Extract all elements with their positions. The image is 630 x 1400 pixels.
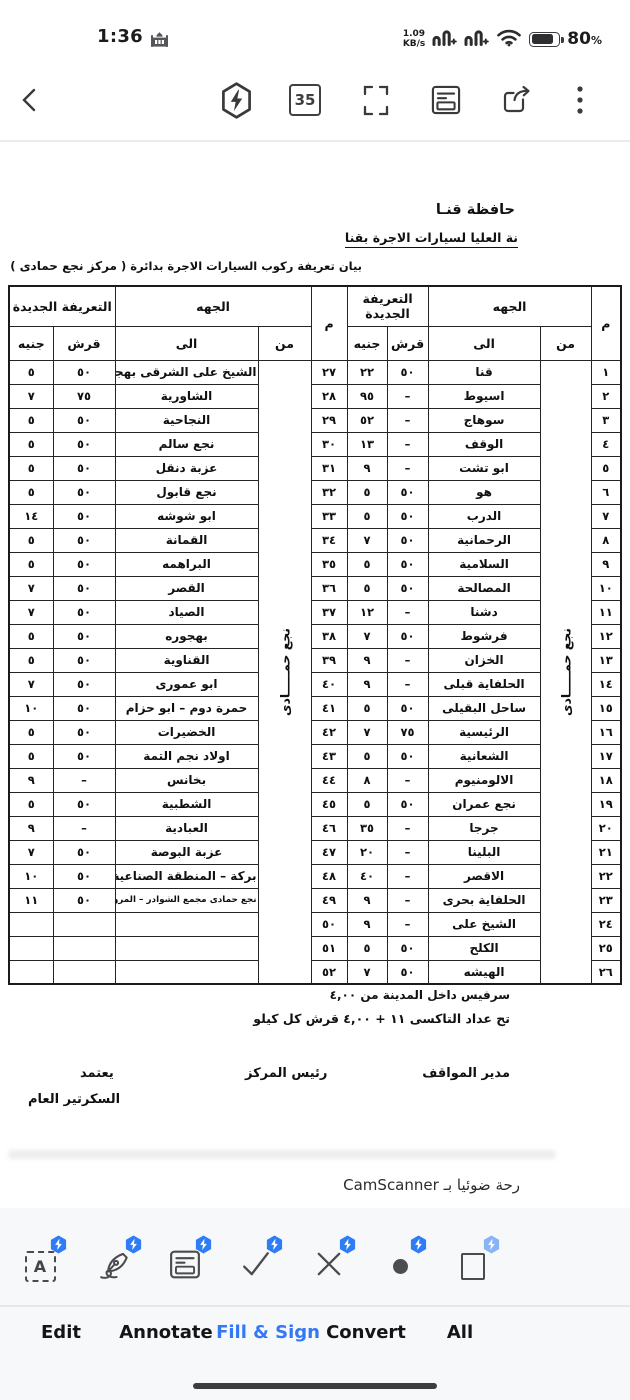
qirsh-cell: ٥٠: [387, 960, 428, 984]
destination-cell: بركة – المنطقة الصناعية: [115, 864, 258, 888]
table-row: ٤الوقف–١٣٣٠نجع سالم٥٠٥: [9, 432, 621, 456]
row-number-cell: ٤٧: [311, 840, 347, 864]
row-number-cell: ٥٢: [311, 960, 347, 984]
geneh-cell: [9, 912, 53, 936]
destination-cell: الحلفاية قبلى: [428, 672, 540, 696]
destination-cell: الشطبية: [115, 792, 258, 816]
checkmark-tool[interactable]: [238, 1248, 274, 1284]
signature-secretary-general: السكرتير العام: [28, 1092, 120, 1107]
row-number-cell: ٢٠: [591, 816, 621, 840]
row-number-cell: ١٣: [591, 648, 621, 672]
qirsh-cell: ٥٠: [53, 696, 115, 720]
premium-badge-icon: [194, 1235, 213, 1258]
geneh-cell: ١٠: [9, 864, 53, 888]
geneh-cell: ٨: [347, 768, 387, 792]
row-number-cell: ٣٦: [311, 576, 347, 600]
destination-cell: بخانس: [115, 768, 258, 792]
qirsh-cell: –: [387, 768, 428, 792]
geneh-cell: ٩: [9, 816, 53, 840]
table-row: ٢٦الهيشه٥٠٧٥٢: [9, 960, 621, 984]
destination-cell: سوهاج: [428, 408, 540, 432]
table-row: ٨الرحمانية٥٠٧٣٤القمانة٥٠٥: [9, 528, 621, 552]
geneh-cell: ٩: [347, 672, 387, 696]
col-header-new-tariff: التعريفة الجديدة: [347, 286, 428, 326]
col-header-to: الى: [428, 326, 540, 360]
row-number-cell: ٤٥: [311, 792, 347, 816]
destination-cell: قنا: [428, 360, 540, 384]
qirsh-cell: ٥٠: [387, 528, 428, 552]
destination-cell: الشاورية: [115, 384, 258, 408]
taxi-meter-note: تح عداد التاكسى ١١ + ٤,٠٠ قرش كل كيلو: [253, 1011, 510, 1026]
destination-cell: القصر: [115, 576, 258, 600]
cellular-signal-icon-sim1: [432, 29, 457, 50]
qirsh-cell: ٧٥: [387, 720, 428, 744]
table-row: ٩السلامية٥٠٥٣٥البراهمه٥٠٥: [9, 552, 621, 576]
fare-table: م الجهه التعريفة الجديدة م الجهه التعريف…: [8, 285, 622, 985]
from-merged-cell: نجع حمـــــادى: [258, 360, 311, 984]
geneh-cell: ٤٠: [347, 864, 387, 888]
wifi-icon: [496, 28, 522, 51]
qirsh-cell: –: [387, 864, 428, 888]
scanned-document-view[interactable]: حافظة قنـا نة العليا لسيارات الاجرة بقنا…: [0, 142, 630, 1208]
signature-parking-manager: مدير المواقف: [422, 1066, 510, 1081]
premium-badge-icon: [482, 1235, 501, 1258]
geneh-cell: ٣٥: [347, 816, 387, 840]
row-number-cell: ١٩: [591, 792, 621, 816]
col-header-geneh: جنيه: [347, 326, 387, 360]
geneh-cell: ٥: [347, 504, 387, 528]
tab-edit[interactable]: Edit: [41, 1322, 81, 1343]
top-toolbar: 35: [0, 72, 630, 134]
geneh-cell: ١٤: [9, 504, 53, 528]
row-number-cell: ٣٥: [311, 552, 347, 576]
row-number-cell: ١٤: [591, 672, 621, 696]
row-number-cell: ٣١: [311, 456, 347, 480]
row-number-cell: ٣٠: [311, 432, 347, 456]
col-header-geneh: جنيه: [9, 326, 53, 360]
row-number-cell: ٢٦: [591, 960, 621, 984]
geneh-cell: ١٠: [9, 696, 53, 720]
dot-icon: [393, 1259, 408, 1274]
doc-header-committee: نة العليا لسيارات الاجرة بقنا: [345, 230, 518, 248]
geneh-cell: [9, 960, 53, 984]
col-header-number: م: [591, 286, 621, 360]
qirsh-cell: –: [387, 816, 428, 840]
geneh-cell: ٩: [347, 456, 387, 480]
destination-cell: المصالحة: [428, 576, 540, 600]
scan-artifact: [8, 1150, 556, 1159]
qirsh-cell: –: [387, 600, 428, 624]
geneh-cell: ٥: [9, 528, 53, 552]
qirsh-cell: ٥٠: [387, 360, 428, 384]
cellular-signal-icon-sim2: [464, 29, 489, 50]
geneh-cell: ٥: [347, 696, 387, 720]
qirsh-cell: ٥٠: [387, 792, 428, 816]
date-form-tool[interactable]: [167, 1248, 203, 1284]
geneh-cell: ٥٢: [347, 408, 387, 432]
col-header-direction: الجهه: [428, 286, 591, 326]
row-number-cell: ٨: [591, 528, 621, 552]
geneh-cell: ٥: [9, 624, 53, 648]
row-number-cell: ٢٩: [311, 408, 347, 432]
row-number-cell: ١: [591, 360, 621, 384]
row-number-cell: ٣٨: [311, 624, 347, 648]
tab-annotate[interactable]: Annotate: [119, 1322, 213, 1343]
geneh-cell: ٧: [9, 384, 53, 408]
from-vertical-label: نجع حمـــــادى: [558, 628, 573, 716]
geneh-cell: ٥: [9, 792, 53, 816]
table-row: ٣سوهاج–٥٢٢٩النجاحية٥٠٥: [9, 408, 621, 432]
destination-cell: حمرة دوم – ابو حزام: [115, 696, 258, 720]
back-button[interactable]: [18, 72, 42, 128]
table-row: ١٠المصالحة٥٠٥٣٦القصر٥٠٧: [9, 576, 621, 600]
qirsh-cell: ٥٠: [53, 840, 115, 864]
qirsh-cell: ٥٠: [53, 600, 115, 624]
qirsh-cell: ٥٠: [53, 360, 115, 384]
qirsh-cell: –: [387, 432, 428, 456]
table-row: ٧الدرب٥٠٥٣٣ابو شوشه٥٠١٤: [9, 504, 621, 528]
destination-cell: الحلفاية بحرى: [428, 888, 540, 912]
destination-cell: نجع عمران: [428, 792, 540, 816]
row-number-cell: ٣٧: [311, 600, 347, 624]
geneh-cell: ٩: [347, 912, 387, 936]
qirsh-cell: ٥٠: [53, 432, 115, 456]
premium-badge-icon: [49, 1235, 68, 1258]
destination-cell: الشعانية: [428, 744, 540, 768]
qirsh-cell: [53, 960, 115, 984]
qirsh-cell: ٥٠: [53, 672, 115, 696]
destination-cell: بهجوره: [115, 624, 258, 648]
row-number-cell: ٢٣: [591, 888, 621, 912]
qirsh-cell: ٥٠: [53, 888, 115, 912]
destination-cell: العبادية: [115, 816, 258, 840]
geneh-cell: ٥: [347, 480, 387, 504]
premium-badge-icon: [409, 1235, 428, 1258]
row-number-cell: ٥١: [311, 936, 347, 960]
geneh-cell: ٥: [347, 792, 387, 816]
row-number-cell: ٢٨: [311, 384, 347, 408]
row-number-cell: ١٧: [591, 744, 621, 768]
geneh-cell: ٧: [347, 528, 387, 552]
destination-cell: عزبة دنقل: [115, 456, 258, 480]
row-number-cell: ٤٩: [311, 888, 347, 912]
document-layout-button[interactable]: [431, 72, 461, 128]
table-row: ٢٠جرجا–٣٥٤٦العبادية–٩: [9, 816, 621, 840]
geneh-cell: ٥: [9, 456, 53, 480]
table-row: ٢٢الاقصر–٤٠٤٨بركة – المنطقة الصناعية٥٠١٠: [9, 864, 621, 888]
clock-time: 1:36: [97, 26, 143, 47]
destination-cell: الكلح: [428, 936, 540, 960]
qirsh-cell: ٥٠: [53, 456, 115, 480]
destination-cell: ابو تشت: [428, 456, 540, 480]
destination-cell: البراهمه: [115, 552, 258, 576]
row-number-cell: ٣٩: [311, 648, 347, 672]
geneh-cell: ١٢: [347, 600, 387, 624]
qirsh-cell: ٥٠: [53, 408, 115, 432]
page-count-button[interactable]: 35: [289, 72, 321, 128]
premium-badge-icon: [338, 1235, 357, 1258]
qirsh-cell: ٥٠: [53, 552, 115, 576]
destination-cell: اولاد نجم التمة: [115, 744, 258, 768]
destination-cell: نجع حمادى مجمع الشوادر – المرور: [115, 888, 258, 912]
destination-cell: ابو عمورى: [115, 672, 258, 696]
destination-cell: [115, 912, 258, 936]
table-row: ٢١البلينا–٢٠٤٧عزبة البوصة٥٠٧: [9, 840, 621, 864]
geneh-cell: ٥: [9, 744, 53, 768]
city-service-note: سرفيس داخل المدينة من ٤,٠٠: [330, 988, 510, 1002]
row-number-cell: ٧: [591, 504, 621, 528]
destination-cell: البلينا: [428, 840, 540, 864]
signature-tool[interactable]: [97, 1248, 133, 1284]
col-header-qirsh: قرش: [387, 326, 428, 360]
col-header-direction: الجهه: [115, 286, 311, 326]
table-row: ١٧الشعانية٥٠٥٤٣اولاد نجم التمة٥٠٥: [9, 744, 621, 768]
qirsh-cell: –: [387, 456, 428, 480]
geneh-cell: ٧: [347, 624, 387, 648]
flash-actions-button[interactable]: [219, 72, 254, 128]
row-number-cell: ٥٠: [311, 912, 347, 936]
home-indicator[interactable]: [193, 1383, 437, 1389]
tabs-divider: [0, 1305, 630, 1307]
premium-badge-icon: [124, 1235, 143, 1258]
qirsh-cell: ٥٠: [53, 744, 115, 768]
qirsh-cell: –: [387, 408, 428, 432]
destination-cell: ابو شوشه: [115, 504, 258, 528]
from-vertical-label: نجع حمـــــادى: [277, 628, 292, 716]
qirsh-cell: –: [387, 384, 428, 408]
geneh-cell: ٥: [9, 648, 53, 672]
col-header-from: من: [258, 326, 311, 360]
row-number-cell: ٣٣: [311, 504, 347, 528]
table-row: ٥ابو تشت–٩٣١عزبة دنقل٥٠٥: [9, 456, 621, 480]
destination-cell: الالومنيوم: [428, 768, 540, 792]
row-number-cell: ٢٧: [311, 360, 347, 384]
table-row: ٢٥الكلح٥٠٥٥١: [9, 936, 621, 960]
table-row: ١٦الرئيسية٧٥٧٤٢الخضيرات٥٠٥: [9, 720, 621, 744]
geneh-cell: ٥: [9, 408, 53, 432]
row-number-cell: ١١: [591, 600, 621, 624]
row-number-cell: ٤١: [311, 696, 347, 720]
qirsh-cell: ٥٠: [53, 480, 115, 504]
qirsh-cell: –: [387, 840, 428, 864]
qirsh-cell: ٥٠: [53, 528, 115, 552]
geneh-cell: ٧: [9, 576, 53, 600]
qirsh-cell: ٥٠: [53, 720, 115, 744]
table-row: ١٩نجع عمران٥٠٥٤٥الشطبية٥٠٥: [9, 792, 621, 816]
geneh-cell: ٩: [9, 768, 53, 792]
bottom-toolbar-panel: A: [0, 1208, 630, 1400]
row-number-cell: ٢٤: [591, 912, 621, 936]
tab-fill-and-sign[interactable]: Fill & Sign: [216, 1322, 320, 1343]
destination-cell: نجع قابول: [115, 480, 258, 504]
signature-center-head: رئيس المركز: [245, 1066, 327, 1081]
add-text-tool[interactable]: A: [22, 1248, 58, 1284]
table-row: ٢٣الحلفاية بحرى–٩٤٩نجع حمادى مجمع الشواد…: [9, 888, 621, 912]
geneh-cell: ٧: [9, 672, 53, 696]
destination-cell: الرئيسية: [428, 720, 540, 744]
destination-cell: [115, 960, 258, 984]
geneh-cell: ٧: [347, 720, 387, 744]
table-row: ١نجع حمـــــادىقنا٥٠٢٢٢٧نجع حمـــــادىال…: [9, 360, 621, 384]
destination-cell: [115, 936, 258, 960]
qirsh-cell: ٥٠: [53, 648, 115, 672]
doc-header-governorate: حافظة قنـا: [436, 202, 515, 218]
row-number-cell: ١٠: [591, 576, 621, 600]
qirsh-cell: ٥٠: [387, 576, 428, 600]
camscanner-watermark: رحة ضوئيا بـ CamScanner: [343, 1176, 520, 1194]
qirsh-cell: –: [53, 816, 115, 840]
destination-cell: الهيشه: [428, 960, 540, 984]
destination-cell: الخضيرات: [115, 720, 258, 744]
destination-cell: نجع سالم: [115, 432, 258, 456]
qirsh-cell: [53, 912, 115, 936]
destination-cell: النجاحية: [115, 408, 258, 432]
row-number-cell: ٤٠: [311, 672, 347, 696]
qirsh-cell: ٥٠: [387, 696, 428, 720]
geneh-cell: ٩: [347, 888, 387, 912]
table-row: ٢٤الشيخ على–٩٥٠: [9, 912, 621, 936]
table-row: ١٢فرشوط٥٠٧٣٨بهجوره٥٠٥: [9, 624, 621, 648]
qirsh-cell: ٥٠: [387, 936, 428, 960]
from-merged-cell: نجع حمـــــادى: [540, 360, 591, 984]
tab-convert[interactable]: Convert: [326, 1322, 406, 1343]
qirsh-cell: ٥٠: [53, 576, 115, 600]
table-row: ١٣الخزان–٩٣٩القناوية٥٠٥: [9, 648, 621, 672]
qirsh-cell: –: [387, 648, 428, 672]
qirsh-cell: ٥٠: [53, 624, 115, 648]
geneh-cell: ٧: [347, 960, 387, 984]
destination-cell: الرحمانية: [428, 528, 540, 552]
fare-table-body: ١نجع حمـــــادىقنا٥٠٢٢٢٧نجع حمـــــادىال…: [9, 360, 621, 984]
row-number-cell: ١٨: [591, 768, 621, 792]
qirsh-cell: [53, 936, 115, 960]
destination-cell: الاقصر: [428, 864, 540, 888]
row-number-cell: ٢: [591, 384, 621, 408]
share-button[interactable]: [501, 72, 532, 128]
geneh-cell: ١٣: [347, 432, 387, 456]
geneh-cell: ٥: [347, 744, 387, 768]
qirsh-cell: ٥٠: [387, 504, 428, 528]
row-number-cell: ٣: [591, 408, 621, 432]
crop-button[interactable]: [363, 72, 389, 128]
geneh-cell: ٧: [9, 840, 53, 864]
cross-tool[interactable]: [311, 1248, 347, 1284]
qirsh-cell: ٧٥: [53, 384, 115, 408]
geneh-cell: [9, 936, 53, 960]
destination-cell: دشنا: [428, 600, 540, 624]
doc-title: بيان تعريفة ركوب السيارات الاجرة بدائرة …: [10, 259, 362, 273]
destination-cell: الوقف: [428, 432, 540, 456]
row-number-cell: ٦: [591, 480, 621, 504]
geneh-cell: ٥: [9, 432, 53, 456]
row-number-cell: ٤٢: [311, 720, 347, 744]
row-number-cell: ٣٢: [311, 480, 347, 504]
dot-tool[interactable]: [382, 1248, 418, 1284]
destination-cell: فرشوط: [428, 624, 540, 648]
geneh-cell: ٩: [347, 648, 387, 672]
qirsh-cell: ٥٠: [387, 480, 428, 504]
qirsh-cell: ٥٠: [387, 744, 428, 768]
battery-percent-label: 80%: [567, 29, 602, 49]
row-number-cell: ٢١: [591, 840, 621, 864]
qirsh-cell: –: [387, 888, 428, 912]
col-header-number: م: [311, 286, 347, 360]
row-number-cell: ٤٤: [311, 768, 347, 792]
network-speed-indicator: 1.09 KB/s: [403, 29, 425, 49]
destination-cell: الصياد: [115, 600, 258, 624]
qirsh-cell: –: [387, 912, 428, 936]
row-number-cell: ٢٥: [591, 936, 621, 960]
row-number-cell: ١٢: [591, 624, 621, 648]
row-number-cell: ٤٨: [311, 864, 347, 888]
destination-cell: الشيخ على: [428, 912, 540, 936]
tab-all[interactable]: All: [447, 1322, 473, 1343]
more-menu-button[interactable]: [576, 72, 584, 128]
qirsh-cell: ٥٠: [53, 792, 115, 816]
geneh-cell: ٢٢: [347, 360, 387, 384]
destination-cell: الدرب: [428, 504, 540, 528]
table-row: ١٤الحلفاية قبلى–٩٤٠ابو عمورى٥٠٧: [9, 672, 621, 696]
prayer-app-status-icon: [151, 32, 168, 51]
table-row: ١١دشنا–١٢٣٧الصياد٥٠٧: [9, 600, 621, 624]
battery-icon: [529, 32, 560, 47]
col-header-to: الى: [115, 326, 258, 360]
col-header-qirsh: قرش: [53, 326, 115, 360]
geneh-cell: ٢٠: [347, 840, 387, 864]
destination-cell: اسيوط: [428, 384, 540, 408]
geneh-cell: ٥: [9, 480, 53, 504]
row-number-cell: ١٦: [591, 720, 621, 744]
qirsh-cell: ٥٠: [53, 504, 115, 528]
destination-cell: ساحل البقيلى: [428, 696, 540, 720]
geneh-cell: ٩٥: [347, 384, 387, 408]
row-number-cell: ٤٣: [311, 744, 347, 768]
geneh-cell: ٥: [9, 720, 53, 744]
col-header-from: من: [540, 326, 591, 360]
table-row: ١٥ساحل البقيلى٥٠٥٤١حمرة دوم – ابو حزام٥٠…: [9, 696, 621, 720]
qirsh-cell: ٥٠: [53, 864, 115, 888]
destination-cell: القمانة: [115, 528, 258, 552]
destination-cell: جرجا: [428, 816, 540, 840]
row-number-cell: ٥: [591, 456, 621, 480]
table-row: ٦هو٥٠٥٣٢نجع قابول٥٠٥: [9, 480, 621, 504]
destination-cell: هو: [428, 480, 540, 504]
geneh-cell: ٥: [347, 552, 387, 576]
geneh-cell: ١١: [9, 888, 53, 912]
col-header-new-tariff: التعريفة الجديدة: [9, 286, 115, 326]
signature-approved: يعتمد: [80, 1066, 114, 1081]
destination-cell: السلامية: [428, 552, 540, 576]
geneh-cell: ٥: [9, 360, 53, 384]
geneh-cell: ٧: [9, 600, 53, 624]
row-number-cell: ٢٢: [591, 864, 621, 888]
qirsh-cell: ٥٠: [387, 552, 428, 576]
table-row: ١٨الالومنيوم–٨٤٤بخانس–٩: [9, 768, 621, 792]
destination-cell: الخزان: [428, 648, 540, 672]
rectangle-tool[interactable]: [455, 1248, 491, 1284]
qirsh-cell: –: [53, 768, 115, 792]
destination-cell: القناوية: [115, 648, 258, 672]
row-number-cell: ٩: [591, 552, 621, 576]
row-number-cell: ٣٤: [311, 528, 347, 552]
row-number-cell: ٤٦: [311, 816, 347, 840]
camscanner-document-screen: 1:36 1.09 KB/s 80% 35: [0, 0, 630, 1400]
qirsh-cell: ٥٠: [387, 624, 428, 648]
destination-cell: الشيخ على الشرقى بهجوره: [115, 360, 258, 384]
geneh-cell: ٥: [347, 936, 387, 960]
geneh-cell: ٥: [347, 576, 387, 600]
geneh-cell: ٥: [9, 552, 53, 576]
